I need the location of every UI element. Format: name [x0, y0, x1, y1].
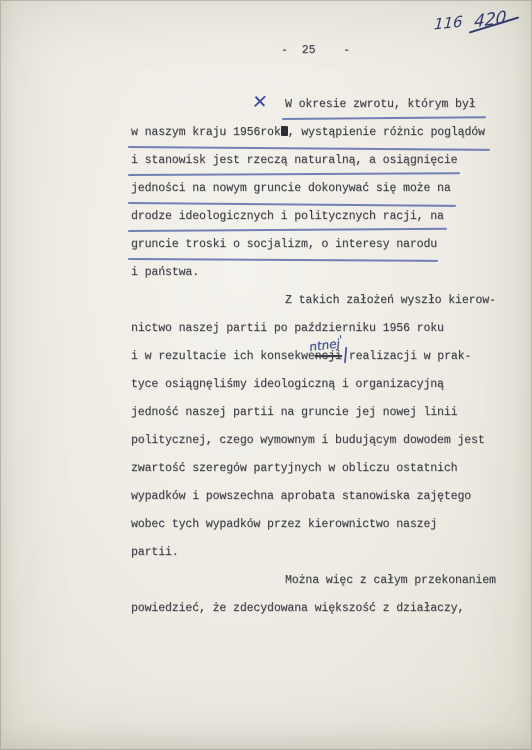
ink-underline	[128, 228, 447, 232]
typewritten-line: drodze ideologicznych i politycznych rac…	[131, 206, 444, 224]
typewritten-line: w naszym kraju 1956rok, wystąpienie różn…	[131, 122, 485, 140]
line-text: w naszym kraju 1956rok, wystąpienie różn…	[131, 126, 485, 139]
line-text-segment: i w rezultacie ich konsekwe	[131, 350, 315, 363]
typewritten-line: W okresie zwrotu, którym był	[285, 94, 475, 112]
line-text: jedność naszej partii na gruncie jej now…	[131, 406, 457, 419]
line-text: i stanowisk jest rzeczą naturalną, a osi…	[131, 154, 457, 167]
line-text: gruncie troski o socjalizm, o interesy n…	[131, 238, 437, 251]
typewritten-line: powiedzieć, że zdecydowana większość z d…	[131, 598, 464, 616]
line-text-segment: , wystąpienie różnic poglądów	[288, 126, 485, 139]
page-number: - 25 -	[281, 44, 350, 57]
typewritten-line: i w rezultacie ich konsekwencjintnej'|re…	[131, 346, 471, 364]
line-text: i w rezultacie ich konsekwencjintnej'|re…	[131, 350, 471, 363]
line-text: wypadków i powszechna aprobata stanowisk…	[131, 490, 471, 503]
typewritten-line: jedność naszej partii na gruncie jej now…	[131, 402, 457, 420]
typewritten-line: wypadków i powszechna aprobata stanowisk…	[131, 486, 471, 504]
handwritten-number-116: 116	[433, 12, 463, 33]
typewritten-line: i stanowisk jest rzeczą naturalną, a osi…	[131, 150, 457, 168]
line-text: nictwo naszej partii po październiku 195…	[131, 322, 444, 335]
typewritten-line: zwartość szeregów partyjnych w obliczu o…	[131, 458, 457, 476]
typewritten-line: nictwo naszej partii po październiku 195…	[131, 318, 444, 336]
line-text: tyce osiągnęliśmy ideologiczną i organiz…	[131, 378, 444, 391]
typewritten-line: gruncie troski o socjalizm, o interesy n…	[131, 234, 437, 252]
typewritten-line: partii.	[131, 542, 179, 560]
typewritten-line: jedności na nowym gruncie dokonywać się …	[131, 178, 451, 196]
line-text: i państwa.	[131, 266, 199, 279]
ink-underline	[128, 172, 460, 176]
document-page: 116 420 - 25 - ✕ W okresie zwrotu, który…	[0, 0, 532, 750]
line-text: wobec tych wypadków przez kierownictwo n…	[131, 518, 437, 531]
typewritten-line: tyce osiągnęliśmy ideologiczną i organiz…	[131, 374, 444, 392]
correction-area: ncjintnej'	[315, 349, 342, 364]
typewritten-line: wobec tych wypadków przez kierownictwo n…	[131, 514, 437, 532]
line-text: jedności na nowym gruncie dokonywać się …	[131, 182, 451, 195]
line-text: Można więc z całym przekonaniem	[285, 574, 496, 587]
overtype-ink-blob	[281, 126, 288, 136]
line-text-segment: w naszym kraju 1956rok	[131, 126, 281, 139]
typewritten-line: i państwa.	[131, 262, 199, 280]
caret-bar: |	[341, 344, 350, 366]
line-text-segment: realizacji w prak-	[349, 350, 471, 363]
line-text: partii.	[131, 546, 179, 559]
typewritten-line: Można więc z całym przekonaniem	[285, 570, 496, 588]
handwritten-insertion: ntnej'	[308, 332, 344, 355]
line-text: drodze ideologicznych i politycznych rac…	[131, 210, 444, 223]
ink-underline	[282, 116, 486, 120]
line-text: Z takich założeń wyszło kierow-	[285, 294, 496, 307]
typewritten-line: politycznej, czego wymownym i budującym …	[131, 430, 485, 448]
line-text: zwartość szeregów partyjnych w obliczu o…	[131, 462, 457, 475]
line-text: W okresie zwrotu, którym był	[285, 98, 475, 111]
line-text: politycznej, czego wymownym i budującym …	[131, 434, 485, 447]
line-text: powiedzieć, że zdecydowana większość z d…	[131, 602, 464, 615]
typewritten-line: Z takich założeń wyszło kierow-	[285, 290, 496, 308]
x-mark-annotation: ✕	[252, 88, 268, 116]
